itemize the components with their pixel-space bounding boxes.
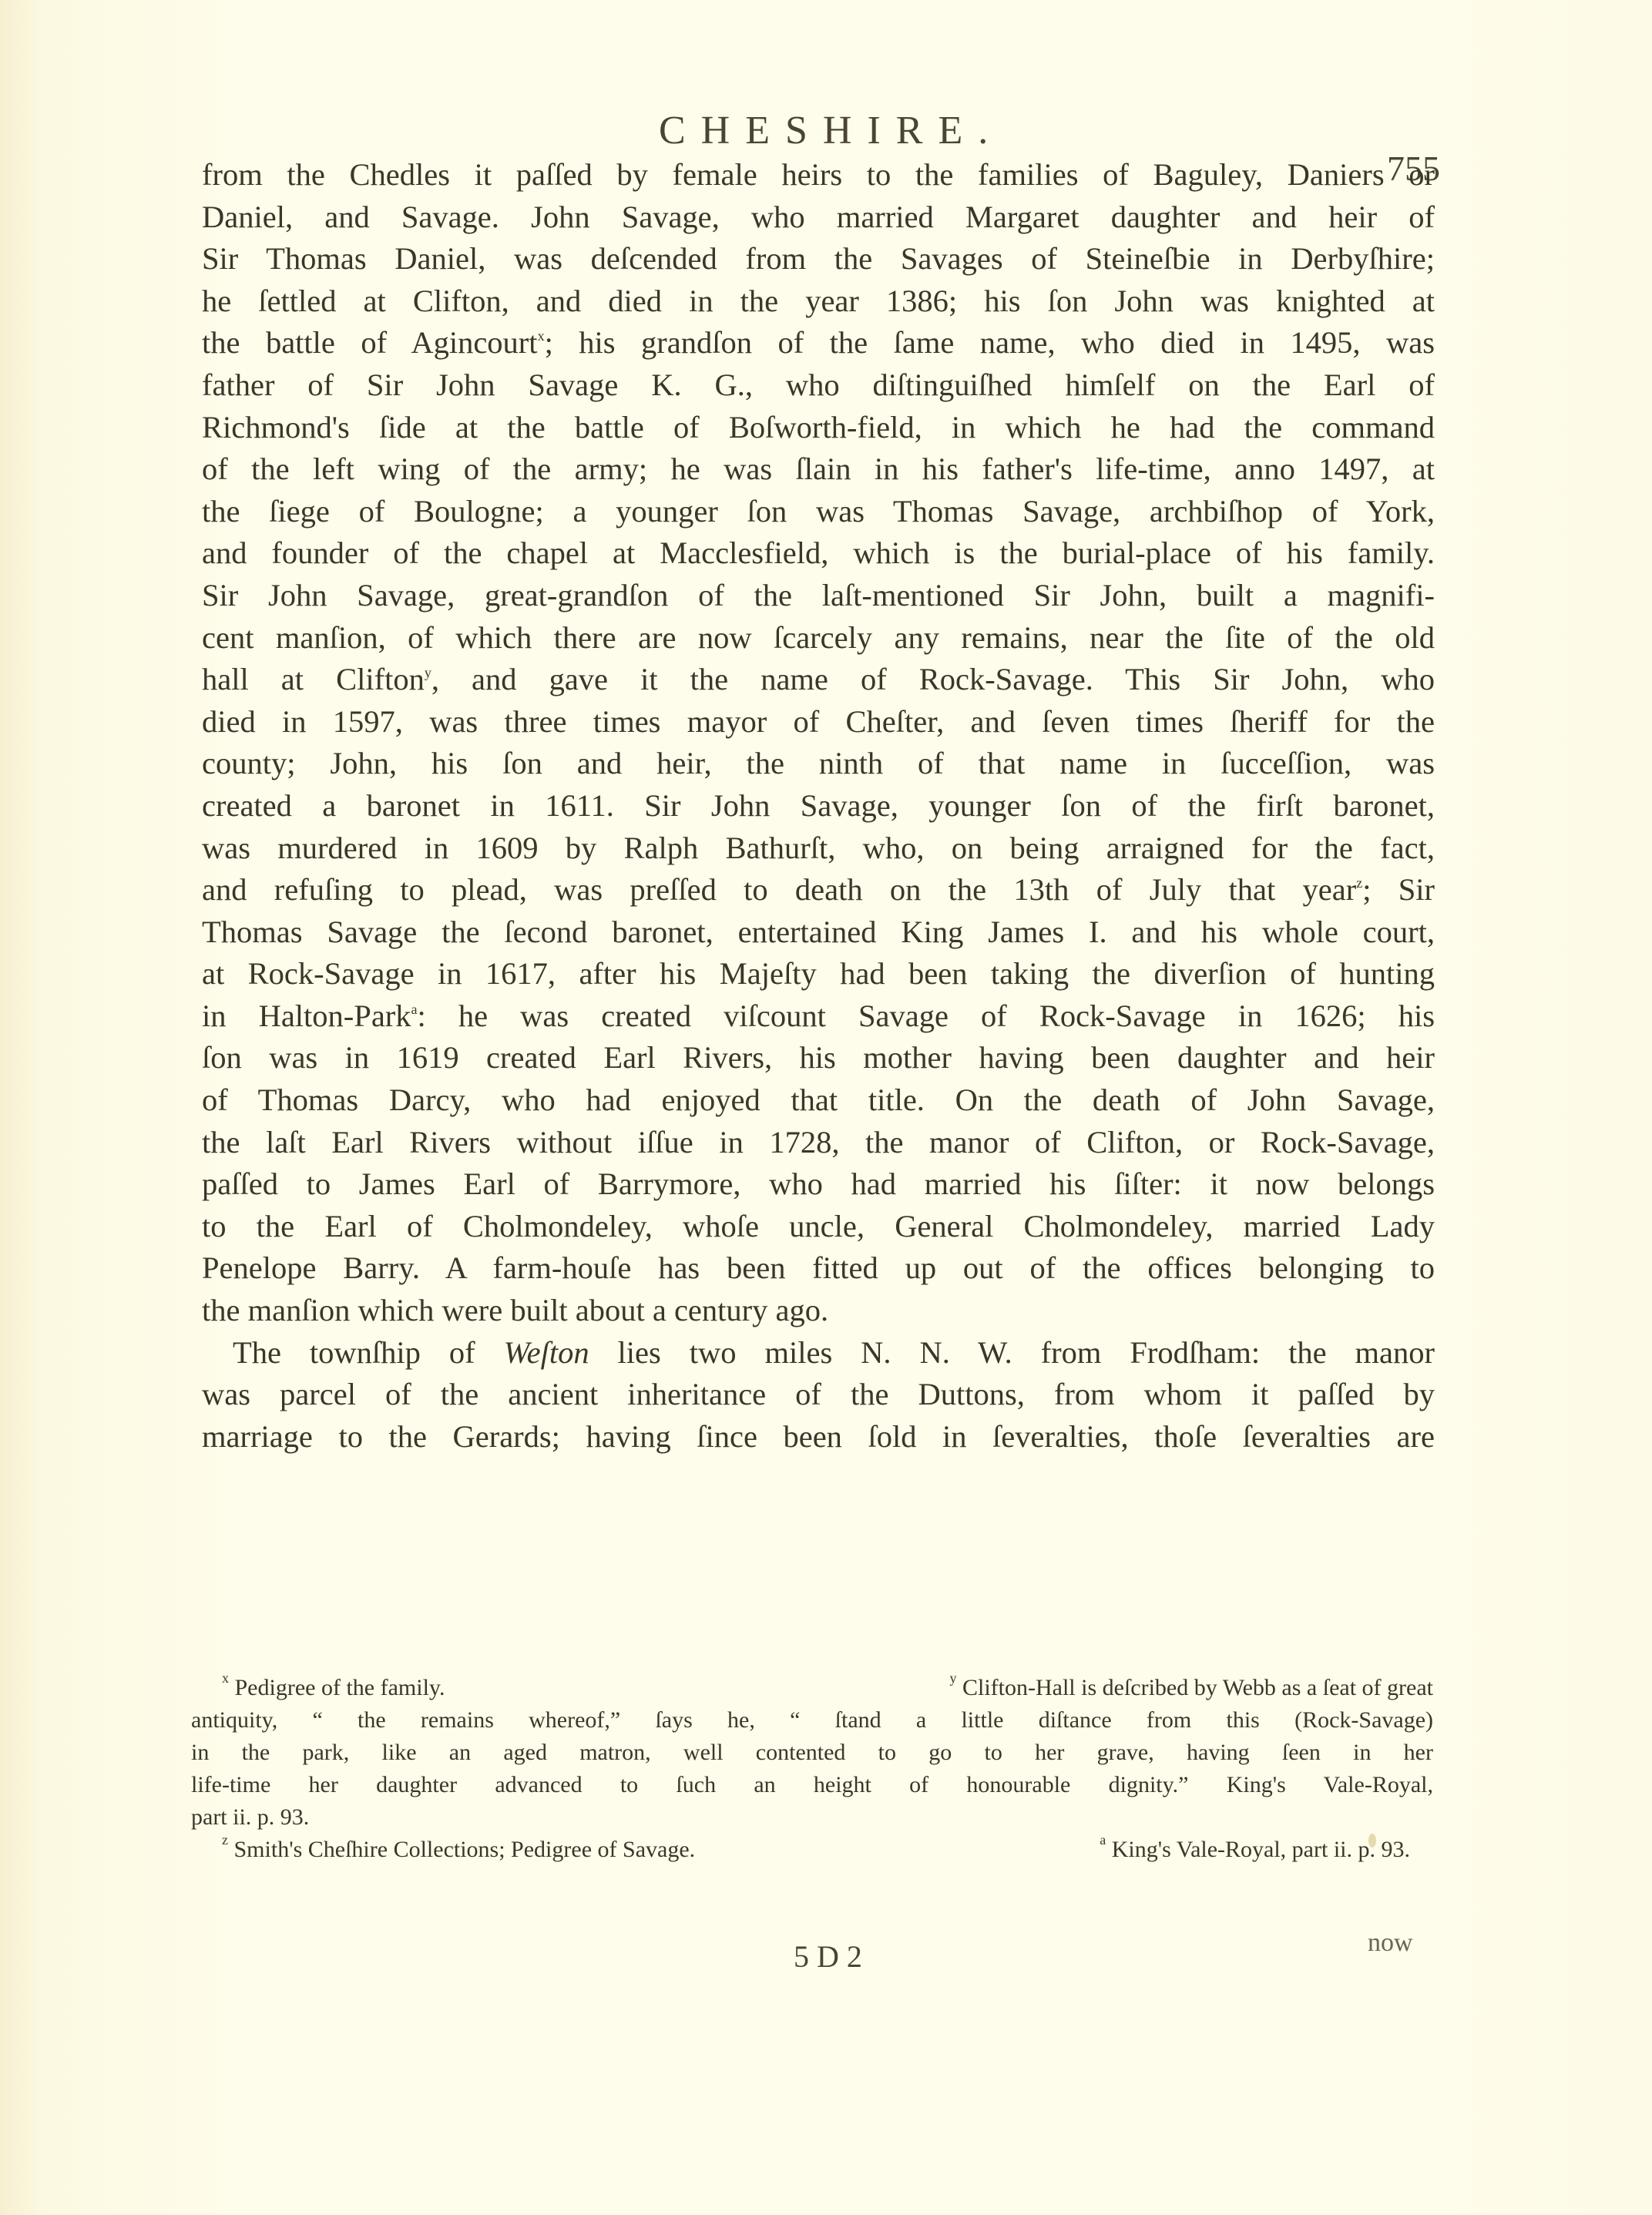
book-page: CHESHIRE. 755 from the Chedles it paſſed… — [0, 0, 1652, 2215]
footnote-a: a King's Vale-Royal, part ii. p. 93. — [1100, 1834, 1410, 1866]
place-name-weston: Weſton — [504, 1335, 589, 1370]
footnote-ref-a[interactable]: a — [411, 1002, 418, 1017]
text-line: Thomas Savage the ſecond baronet, entert… — [202, 911, 1435, 954]
footnote-ref-z[interactable]: z — [1356, 875, 1362, 891]
text-line: the manſion which were built about a cen… — [202, 1290, 1435, 1332]
text-segment: lies two miles N. N. W. from Frodſham: t… — [589, 1335, 1435, 1370]
text-line: the ſiege of Boulogne; a younger ſon was… — [202, 491, 1435, 533]
text-line: died in 1597, was three times mayor of C… — [202, 701, 1435, 743]
text-line: of Thomas Darcy, who had enjoyed that ti… — [202, 1079, 1435, 1122]
paper-stain — [1368, 1834, 1376, 1848]
text-line: at Rock-Savage in 1617, after his Majeſt… — [202, 953, 1435, 995]
text-line: marriage to the Gerards; having ſince be… — [202, 1416, 1435, 1458]
text-line: from the Chedles it paſſed by female hei… — [202, 154, 1435, 196]
text-line: and refuſing to plead, was preſſed to de… — [202, 869, 1435, 911]
text-line: The townſhip of Weſton lies two miles N.… — [202, 1332, 1435, 1374]
text-line: of the left wing of the army; he was ſla… — [202, 448, 1435, 491]
footnote-ref-x[interactable]: x — [538, 328, 545, 344]
text-line: father of Sir John Savage K. G., who diſ… — [202, 364, 1435, 407]
text-segment: ; Sir — [1362, 872, 1435, 907]
text-line: to the Earl of Cholmondeley, whoſe uncle… — [202, 1206, 1435, 1248]
running-title: CHESHIRE. — [659, 108, 1003, 153]
footnote-row: z Smith's Cheſhire Collections; Pedigree… — [191, 1834, 1433, 1866]
footnote-text: Clifton-Hall is deſcribed by Webb as a ſ… — [962, 1675, 1433, 1700]
text-segment: , and gave it the name of Rock-Savage. T… — [431, 662, 1435, 696]
footnote-x: x Pedigree of the family. — [191, 1672, 445, 1704]
text-line: the laſt Earl Rivers without iſſue in 17… — [202, 1122, 1435, 1164]
footnote-text: Smith's Cheſhire Collections; Pedigree o… — [234, 1837, 696, 1862]
footnote-row: x Pedigree of the family. y Clifton-Hall… — [191, 1672, 1433, 1704]
text-segment: hall at Clifton — [202, 662, 425, 696]
text-segment: ; his grandſon of the ſame name, who die… — [545, 325, 1435, 360]
text-segment: The townſhip of — [233, 1335, 504, 1370]
footnote-line: life-time her daughter advanced to ſuch … — [191, 1769, 1433, 1801]
footnote-text: King's Vale-Royal, part ii. p. 93. — [1112, 1837, 1410, 1862]
text-line: created a baronet in 1611. Sir John Sava… — [202, 785, 1435, 827]
text-line: county; John, his ſon and heir, the nint… — [202, 743, 1435, 785]
text-segment: and refuſing to plead, was preſſed to de… — [202, 872, 1356, 907]
footnotes: x Pedigree of the family. y Clifton-Hall… — [191, 1672, 1433, 1866]
text-line: in Halton-Parka: he was created viſcount… — [202, 995, 1435, 1038]
text-line: and founder of the chapel at Macclesfiel… — [202, 532, 1435, 575]
footnote-mark: a — [1100, 1832, 1106, 1848]
text-line: was murdered in 1609 by Ralph Bathurſt, … — [202, 827, 1435, 870]
text-line: he ſettled at Clifton, and died in the y… — [202, 280, 1435, 323]
printer-signature: 5 D 2 — [794, 1938, 862, 1975]
text-line: ſon was in 1619 created Earl Rivers, his… — [202, 1037, 1435, 1079]
body-text: from the Chedles it paſſed by female hei… — [202, 154, 1435, 1458]
text-line: the battle of Agincourtx; his grandſon o… — [202, 322, 1435, 364]
text-segment: the battle of Agincourt — [202, 325, 538, 360]
footnote-line: part ii. p. 93. — [191, 1801, 1433, 1834]
footnote-y-start: y Clifton-Hall is deſcribed by Webb as a… — [949, 1672, 1433, 1704]
text-line: Daniel, and Savage. John Savage, who mar… — [202, 196, 1435, 239]
text-segment: : he was created viſcount Savage of Rock… — [418, 998, 1435, 1033]
footnote-z: z Smith's Cheſhire Collections; Pedigree… — [191, 1834, 695, 1866]
footnote-mark: x — [222, 1670, 229, 1686]
footnote-mark: z — [222, 1832, 228, 1848]
text-line: was parcel of the ancient inheritance of… — [202, 1374, 1435, 1416]
footnote-mark: y — [949, 1670, 956, 1686]
text-line: Sir John Savage, great-grandſon of the l… — [202, 575, 1435, 617]
text-line: hall at Cliftony, and gave it the name o… — [202, 659, 1435, 701]
text-line: paſſed to James Earl of Barrymore, who h… — [202, 1163, 1435, 1206]
text-line: cent manſion, of which there are now ſca… — [202, 617, 1435, 659]
text-line: Richmond's ſide at the battle of Boſwort… — [202, 407, 1435, 449]
text-line: Penelope Barry. A farm-houſe has been fi… — [202, 1247, 1435, 1290]
text-line: Sir Thomas Daniel, was deſcended from th… — [202, 238, 1435, 280]
text-segment: in Halton-Park — [202, 998, 411, 1033]
footnote-text: Pedigree of the family. — [235, 1675, 445, 1700]
footnote-line: in the park, like an aged matron, well c… — [191, 1737, 1433, 1769]
catchword: now — [1368, 1928, 1413, 1958]
footnote-line: antiquity, “ the remains whereof,” ſays … — [191, 1704, 1433, 1737]
footnote-ref-y[interactable]: y — [425, 665, 431, 680]
